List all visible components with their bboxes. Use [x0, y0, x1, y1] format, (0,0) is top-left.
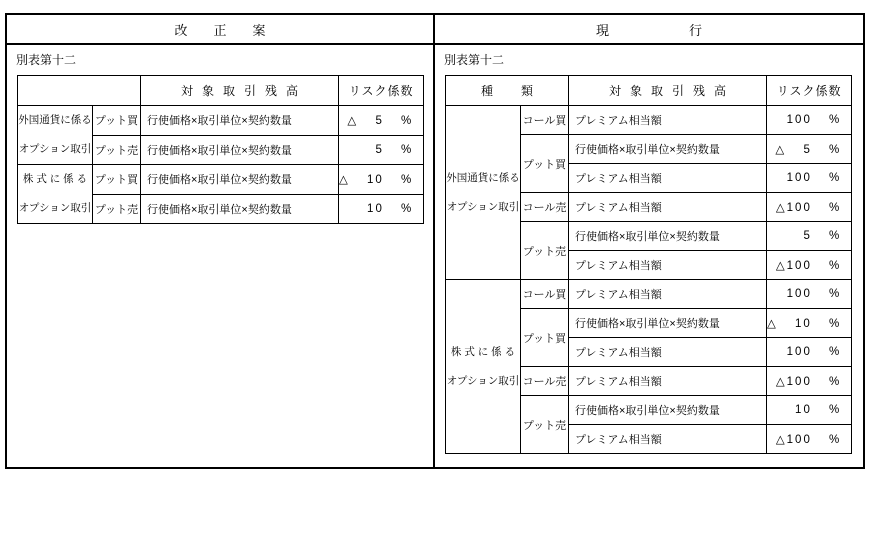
risk-cell: △100 % [767, 425, 852, 454]
target-cell: プレミアム相当額 [569, 251, 767, 280]
risk-cell: △100 % [767, 251, 852, 280]
risk-cell: △ 5 % [339, 106, 424, 136]
risk-cell: 100 % [767, 164, 852, 193]
current-table: 種類 対象取引残高 リスク係数 外国通貨に係る オプション取引 コール買 プレミ… [445, 75, 852, 454]
amendment-content: 別表第十二 対象取引残高 リスク係数 外国通貨に係る オプション取引 プット買 … [7, 45, 433, 224]
position-cell: プット買 [93, 165, 141, 195]
risk-cell: △ 10 % [339, 165, 424, 195]
header-risk-cell: リスク係数 [339, 76, 424, 106]
category-cell: 株 式 に 係 る オプション取引 [18, 165, 93, 224]
target-cell: プレミアム相当額 [569, 164, 767, 193]
risk-cell: △ 10 % [767, 309, 852, 338]
current-subtitle: 別表第十二 [444, 50, 855, 75]
current-title: 現行 [516, 20, 782, 39]
position-cell: プット売 [93, 135, 141, 165]
target-cell: プレミアム相当額 [569, 106, 767, 135]
header-target-cell: 対象取引残高 [569, 76, 767, 106]
amendment-title: 改正案 [148, 20, 291, 39]
panel-amendment: 改正案 別表第十二 対象取引残高 リスク係数 外国通貨に係る オプション取引 プ… [7, 15, 435, 467]
header-target-cell: 対象取引残高 [141, 76, 339, 106]
category-cell: 株 式 に 係 る オプション取引 [446, 280, 521, 454]
position-cell: プット売 [93, 194, 141, 224]
target-cell: 行使価格×取引単位×契約数量 [569, 309, 767, 338]
position-cell: プット売 [521, 222, 569, 280]
amendment-subtitle: 別表第十二 [16, 50, 425, 75]
header-type-cell [18, 76, 141, 106]
risk-cell: 10 % [767, 396, 852, 425]
amendment-table: 対象取引残高 リスク係数 外国通貨に係る オプション取引 プット買 行使価格×取… [17, 75, 424, 224]
target-cell: 行使価格×取引単位×契約数量 [141, 106, 339, 136]
risk-cell: 100 % [767, 338, 852, 367]
risk-cell: 5 % [339, 135, 424, 165]
category-cell: 外国通貨に係る オプション取引 [18, 106, 93, 165]
risk-cell: △ 5 % [767, 135, 852, 164]
position-cell: コール買 [521, 280, 569, 309]
risk-cell: △100 % [767, 193, 852, 222]
document-frame: 改正案 別表第十二 対象取引残高 リスク係数 外国通貨に係る オプション取引 プ… [5, 13, 865, 469]
target-cell: プレミアム相当額 [569, 338, 767, 367]
current-content: 別表第十二 種類 対象取引残高 リスク係数 外国通貨に係る オプション取引 コー… [435, 45, 863, 454]
risk-cell: 100 % [767, 106, 852, 135]
position-cell: プット買 [521, 309, 569, 367]
header-type-cell: 種類 [446, 76, 569, 106]
target-cell: 行使価格×取引単位×契約数量 [141, 165, 339, 195]
target-cell: 行使価格×取引単位×契約数量 [569, 396, 767, 425]
risk-cell: △100 % [767, 367, 852, 396]
target-cell: プレミアム相当額 [569, 280, 767, 309]
risk-cell: 5 % [767, 222, 852, 251]
position-cell: プット買 [521, 135, 569, 193]
target-cell: プレミアム相当額 [569, 367, 767, 396]
target-cell: プレミアム相当額 [569, 425, 767, 454]
target-cell: プレミアム相当額 [569, 193, 767, 222]
position-cell: コール売 [521, 193, 569, 222]
category-cell: 外国通貨に係る オプション取引 [446, 106, 521, 280]
amendment-titlebar: 改正案 [7, 15, 433, 45]
position-cell: プット買 [93, 106, 141, 136]
target-cell: 行使価格×取引単位×契約数量 [569, 135, 767, 164]
panel-current: 現行 別表第十二 種類 対象取引残高 リスク係数 外国通貨に係る オプション取引… [435, 15, 863, 467]
position-cell: プット売 [521, 396, 569, 454]
target-cell: 行使価格×取引単位×契約数量 [141, 135, 339, 165]
position-cell: コール買 [521, 106, 569, 135]
target-cell: 行使価格×取引単位×契約数量 [141, 194, 339, 224]
header-risk-cell: リスク係数 [767, 76, 852, 106]
target-cell: 行使価格×取引単位×契約数量 [569, 222, 767, 251]
current-titlebar: 現行 [435, 15, 863, 45]
risk-cell: 100 % [767, 280, 852, 309]
risk-cell: 10 % [339, 194, 424, 224]
position-cell: コール売 [521, 367, 569, 396]
